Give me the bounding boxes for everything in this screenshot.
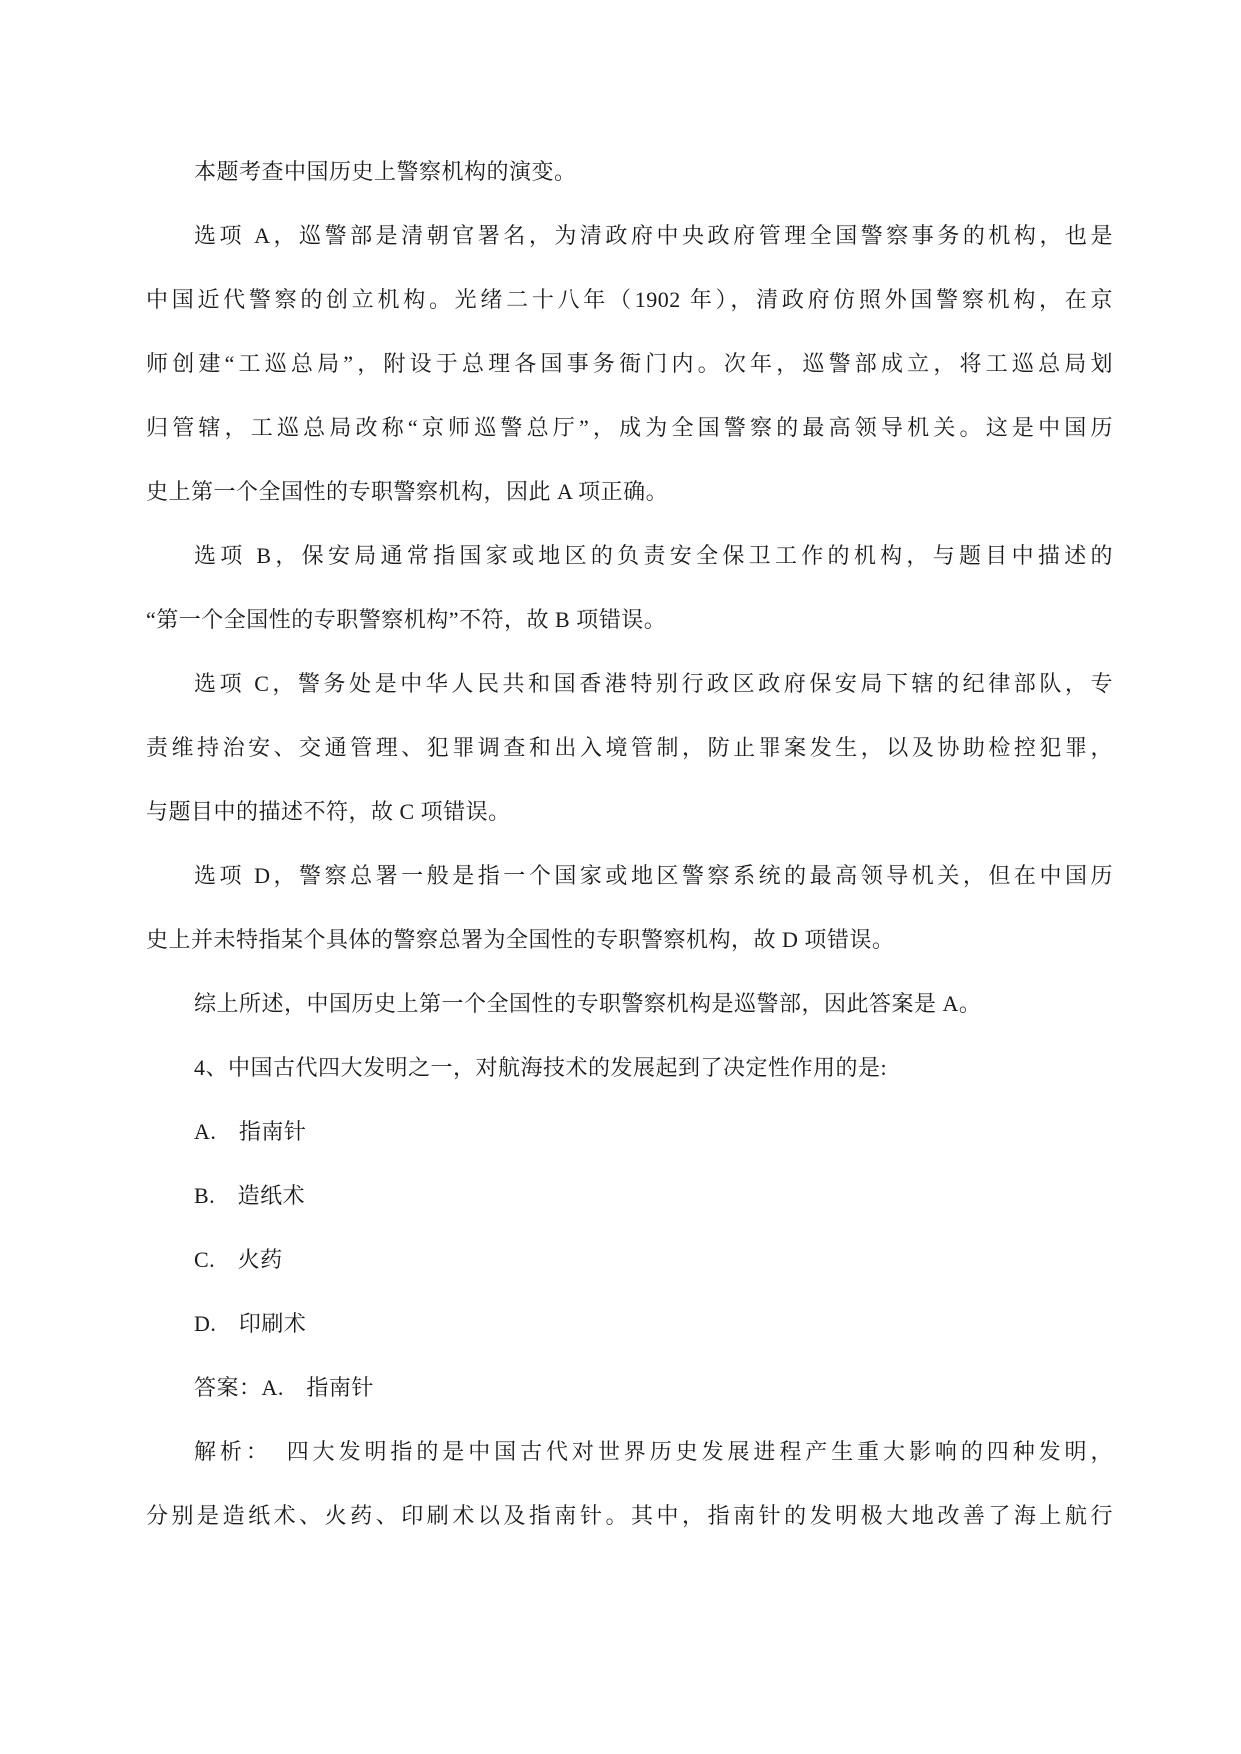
document-line: “第一个全国性的专职警察机构”不符，故 B 项错误。 <box>146 588 1113 652</box>
document-line: 中国近代警察的创立机构。光绪二十八年（1902 年），清政府仿照外国警察机构，在… <box>146 268 1113 332</box>
document-line: 选项 D，警察总署一般是指一个国家或地区警察系统的最高领导机关，但在中国历 <box>146 844 1113 908</box>
document-line: A. 指南针 <box>146 1100 1113 1164</box>
document-line: 分别是造纸术、火药、印刷术以及指南针。其中，指南针的发明极大地改善了海上航行 <box>146 1484 1113 1548</box>
document-line: 本题考查中国历史上警察机构的演变。 <box>146 140 1113 204</box>
document-line: 师创建“工巡总局”，附设于总理各国事务衙门内。次年，巡警部成立，将工巡总局划 <box>146 332 1113 396</box>
document-line: 选项 C，警务处是中华人民共和国香港特别行政区政府保安局下辖的纪律部队，专 <box>146 652 1113 716</box>
document-line: 选项 A，巡警部是清朝官署名，为清政府中央政府管理全国警察事务的机构，也是 <box>146 204 1113 268</box>
document-line: 选项 B，保安局通常指国家或地区的负责安全保卫工作的机构，与题目中描述的 <box>146 524 1113 588</box>
document-line: 综上所述，中国历史上第一个全国性的专职警察机构是巡警部，因此答案是 A。 <box>146 972 1113 1036</box>
document-line: 史上第一个全国性的专职警察机构，因此 A 项正确。 <box>146 460 1113 524</box>
document-line: C. 火药 <box>146 1228 1113 1292</box>
document-line: D. 印刷术 <box>146 1292 1113 1356</box>
document-line: 答案：A. 指南针 <box>146 1356 1113 1420</box>
document-line: B. 造纸术 <box>146 1164 1113 1228</box>
document-line: 责维持治安、交通管理、犯罪调查和出入境管制，防止罪案发生，以及协助检控犯罪， <box>146 716 1113 780</box>
document-line: 史上并未特指某个具体的警察总署为全国性的专职警察机构，故 D 项错误。 <box>146 908 1113 972</box>
document-page: 本题考查中国历史上警察机构的演变。选项 A，巡警部是清朝官署名，为清政府中央政府… <box>0 0 1241 1754</box>
document-line: 解析： 四大发明指的是中国古代对世界历史发展进程产生重大影响的四种发明， <box>146 1420 1113 1484</box>
document-line: 与题目中的描述不符，故 C 项错误。 <box>146 780 1113 844</box>
text-block: 本题考查中国历史上警察机构的演变。选项 A，巡警部是清朝官署名，为清政府中央政府… <box>146 140 1113 1548</box>
document-line: 4、中国古代四大发明之一，对航海技术的发展起到了决定性作用的是: <box>146 1036 1113 1100</box>
document-line: 归管辖，工巡总局改称“京师巡警总厅”，成为全国警察的最高领导机关。这是中国历 <box>146 396 1113 460</box>
